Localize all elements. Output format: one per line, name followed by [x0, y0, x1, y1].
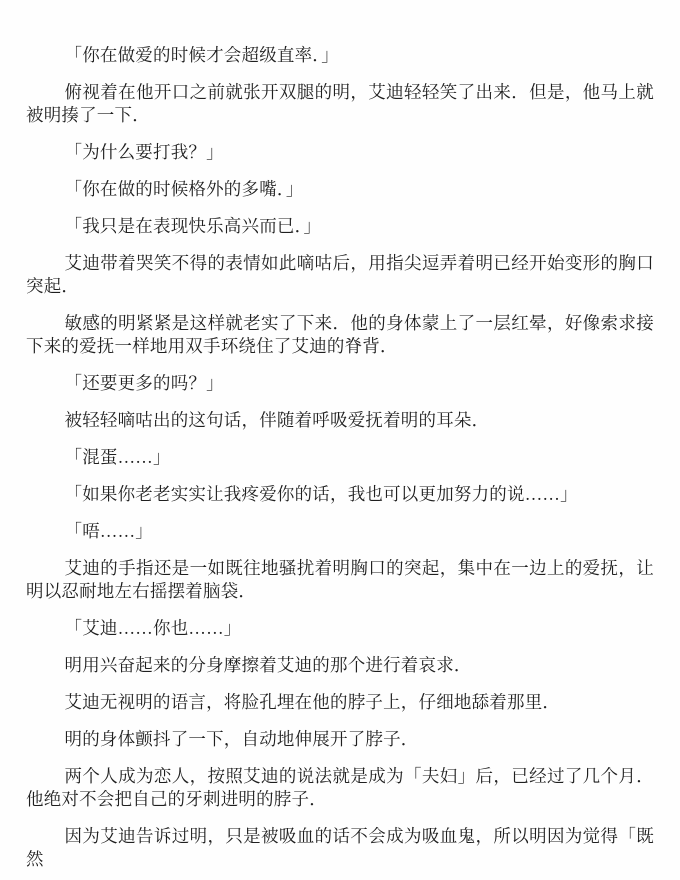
- paragraph: 「混蛋……」: [26, 446, 654, 469]
- paragraph: 艾迪无视明的语言，将脸孔埋在他的脖子上，仔细地舔着那里．: [26, 691, 654, 714]
- paragraph: 艾迪的手指还是一如既往地骚扰着明胸口的突起，集中在一边上的爱抚，让明以忍耐地左右…: [26, 557, 654, 603]
- paragraph: 敏感的明紧紧是这样就老实了下来．他的身体蒙上了一层红晕，好像索求接下来的爱抚一样…: [26, 312, 654, 358]
- paragraph: 「你在做爱的时候才会超级直率．」: [26, 44, 654, 67]
- paragraph: 俯视着在他开口之前就张开双腿的明，艾迪轻轻笑了出来．但是，他马上就被明揍了一下．: [26, 81, 654, 127]
- paragraph: 因为艾迪告诉过明，只是被吸血的话不会成为吸血鬼，所以明因为觉得「既然: [26, 825, 654, 871]
- paragraph: 「艾迪……你也……」: [26, 617, 654, 640]
- paragraph: 「唔……」: [26, 520, 654, 543]
- paragraph: 「如果你老老实实让我疼爱你的话，我也可以更加努力的说……」: [26, 483, 654, 506]
- paragraph: 明用兴奋起来的分身摩擦着艾迪的那个进行着哀求．: [26, 654, 654, 677]
- paragraph: 「你在做的时候格外的多嘴．」: [26, 178, 654, 201]
- paragraph: 「还要更多的吗？」: [26, 372, 654, 395]
- text-content: 「你在做爱的时候才会超级直率．」 俯视着在他开口之前就张开双腿的明，艾迪轻轻笑了…: [26, 44, 654, 871]
- paragraph: 两个人成为恋人，按照艾迪的说法就是成为「夫妇」后，已经过了几个月．他绝对不会把自…: [26, 765, 654, 811]
- paragraph: 明的身体颤抖了一下，自动地伸展开了脖子．: [26, 728, 654, 751]
- paragraph: 「我只是在表现快乐高兴而已．」: [26, 215, 654, 238]
- paragraph: 被轻轻嘀咕出的这句话，伴随着呼吸爱抚着明的耳朵．: [26, 409, 654, 432]
- document-page: 「你在做爱的时候才会超级直率．」 俯视着在他开口之前就张开双腿的明，艾迪轻轻笑了…: [0, 0, 680, 880]
- paragraph: 艾迪带着哭笑不得的表情如此嘀咕后，用指尖逗弄着明已经开始变形的胸口突起．: [26, 252, 654, 298]
- paragraph: 「为什么要打我？」: [26, 141, 654, 164]
